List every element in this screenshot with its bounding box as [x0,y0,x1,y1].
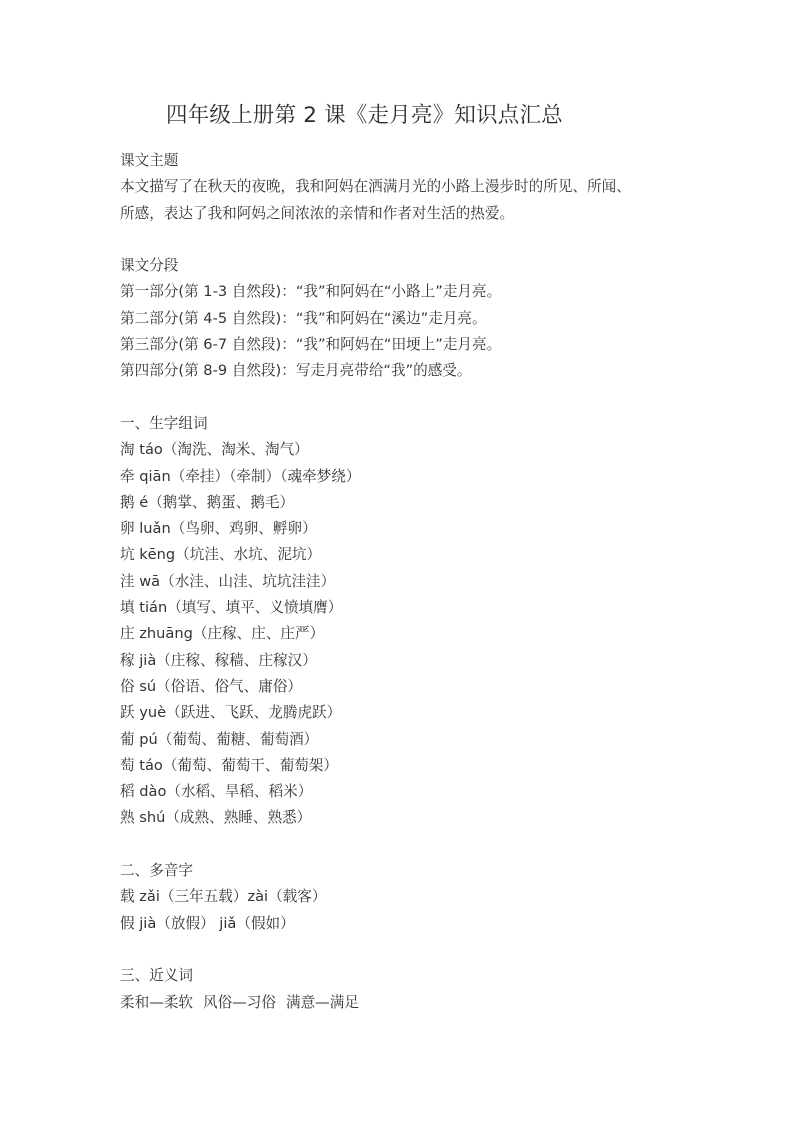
section-heading-new-characters: 一、生字组词 [120,411,680,437]
section-heading-parts: 课文分段 [120,253,680,279]
character-item: 填 tián（填写、填平、义愤填膺） [120,595,680,621]
part-item: 第二部分(第 4-5 自然段)：“我”和阿妈在“溪边”走月亮。 [120,306,680,332]
character-item: 葡 pú（葡萄、葡糖、葡萄酒） [120,727,680,753]
document-page: 四年级上册第 2 课《走月亮》知识点汇总 课文主题 本文描写了在秋天的夜晚，我和… [0,0,793,1122]
character-item: 稼 jià（庄稼、稼穑、庄稼汉） [120,648,680,674]
character-item: 俗 sú（俗语、俗气、庸俗） [120,674,680,700]
part-item: 第一部分(第 1-3 自然段)：“我”和阿妈在“小路上”走月亮。 [120,279,680,305]
theme-text-line: 所感，表达了我和阿妈之间浓浓的亲情和作者对生活的热爱。 [120,201,680,227]
synonym-pair: 柔和—柔软 [120,994,193,1011]
document-title: 四年级上册第 2 课《走月亮》知识点汇总 [166,100,563,132]
spacer [120,227,680,253]
section-heading-theme: 课文主题 [120,148,680,174]
character-item: 萄 táo（葡萄、葡萄干、葡萄架） [120,753,680,779]
spacer [120,937,680,963]
synonym-pair: 风俗—习俗 [203,994,276,1011]
spacer [120,832,680,858]
spacer [120,385,680,411]
character-item: 庄 zhuāng（庄稼、庄、庄严） [120,621,680,647]
polyphone-item: 假 jià（放假） jiǎ（假如） [120,911,680,937]
character-item: 洼 wā（水洼、山洼、坑坑洼洼） [120,569,680,595]
character-item: 跃 yuè（跃进、飞跃、龙腾虎跃） [120,700,680,726]
part-item: 第四部分(第 8-9 自然段)：写走月亮带给“我”的感受。 [120,358,680,384]
section-heading-polyphones: 二、多音字 [120,858,680,884]
character-item: 淘 táo（淘洗、淘米、淘气） [120,437,680,463]
character-item: 稻 dào（水稻、旱稻、稻米） [120,779,680,805]
synonym-list: 柔和—柔软风俗—习俗满意—满足 [120,990,680,1016]
polyphone-item: 载 zǎi（三年五载）zài（载客） [120,884,680,910]
character-item: 卵 luǎn（鸟卵、鸡卵、孵卵） [120,516,680,542]
synonym-pair: 满意—满足 [286,994,359,1011]
character-item: 熟 shú（成熟、熟睡、熟悉） [120,805,680,831]
document-body: 课文主题 本文描写了在秋天的夜晚，我和阿妈在洒满月光的小路上漫步时的所见、所闻、… [120,148,680,1016]
section-heading-synonyms: 三、近义词 [120,963,680,989]
character-item: 坑 kēng（坑洼、水坑、泥坑） [120,542,680,568]
part-item: 第三部分(第 6-7 自然段)：“我”和阿妈在“田埂上”走月亮。 [120,332,680,358]
character-item: 牵 qiān（牵挂）（牵制）（魂牵梦绕） [120,464,680,490]
character-item: 鹅 é（鹅掌、鹅蛋、鹅毛） [120,490,680,516]
theme-text-line: 本文描写了在秋天的夜晚，我和阿妈在洒满月光的小路上漫步时的所见、所闻、 [120,174,680,200]
